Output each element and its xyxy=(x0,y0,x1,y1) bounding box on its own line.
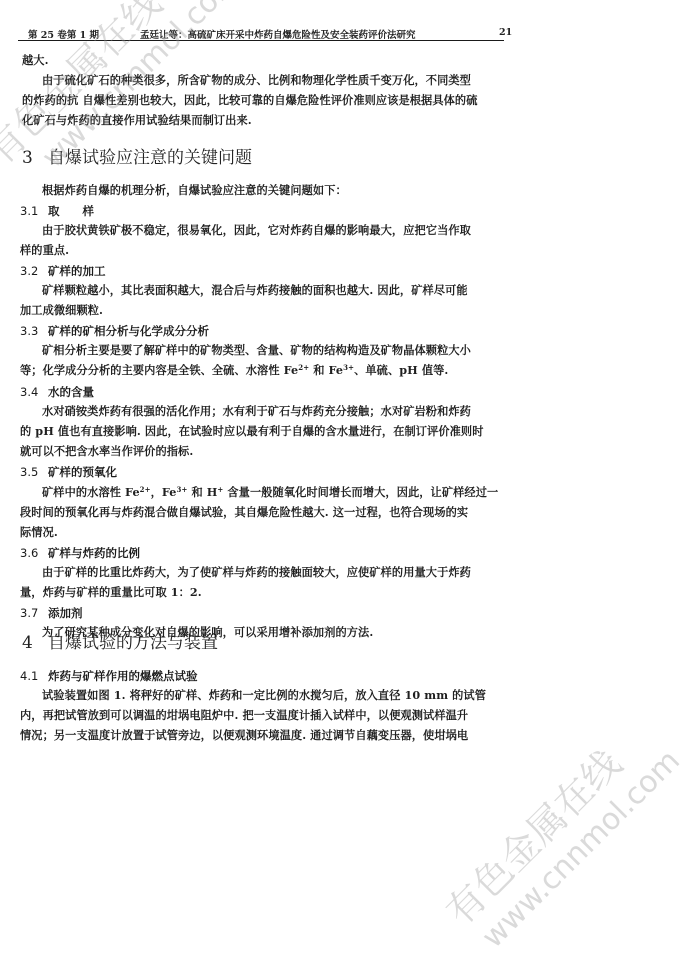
subsection-heading-3-2: 3.2矿样的加工 xyxy=(20,263,106,279)
paragraph-line: 加工成微细颗粒. xyxy=(20,303,103,317)
section-title: 自爆试验应注意的关键问题 xyxy=(48,148,252,168)
paragraph-line: 化矿石与炸药的直接作用试验结果而制订出来. xyxy=(22,113,252,127)
subsection-heading-3-5: 3.5矿样的预氧化 xyxy=(20,464,117,480)
paragraph-line: 矿样中的水溶性 Fe2+，Fe3+ 和 H+ 含量一般随氧化时间增长而增大，因此… xyxy=(42,485,498,499)
header-rule xyxy=(18,40,504,41)
paragraph-line: 段时间的预氧化再与炸药混合做自爆试验，其自爆危险性越大. 这一过程，也符合现场的… xyxy=(20,505,468,519)
subsection-heading-3-6: 3.6矿样与炸药的比例 xyxy=(20,545,140,561)
paragraph-line: 内，再把试管放到可以调温的坩埚电阻炉中. 把一支温度计插入试样中，以便观测试样温… xyxy=(20,708,468,722)
paragraph-line: 际情况. xyxy=(20,525,58,539)
paragraph-line: 水对硝铵类炸药有很强的活化作用；水有利于矿石与炸药充分接触；水对矿岩粉和炸药 xyxy=(42,404,471,418)
paragraph-line: 的炸药的抗 自爆性差别也较大，因此，比较可靠的自爆危险性评价准则应该是根据具体的… xyxy=(22,93,478,107)
journal-volume: 第 25 卷第 1 期 xyxy=(28,27,99,41)
subsection-heading-4-1: 4.1炸药与矿样作用的爆燃点试验 xyxy=(20,668,198,684)
subsection-heading-3-1: 3.1取 样 xyxy=(20,203,94,219)
subsection-heading-3-3: 3.3矿样的矿相分析与化学成分分析 xyxy=(20,323,209,339)
running-header: 第 25 卷第 1 期 孟廷让等：高硫矿床开采中炸药自爆危险性及安全装药评价法研… xyxy=(22,24,506,40)
section-title: 自爆试验的方法与装置 xyxy=(48,633,218,653)
subsection-heading-3-7: 3.7添加剂 xyxy=(20,605,83,621)
paragraph-line: 矿相分析主要是要了解矿样中的矿物类型、含量、矿物的结构构造及矿物晶体颗粒大小 xyxy=(42,343,471,357)
paragraph-line: 由于硫化矿石的种类很多，所含矿物的成分、比例和物理化学性质千变万化，不同类型 xyxy=(42,73,471,87)
paragraph-line: 越大. xyxy=(22,53,49,67)
watermark-text: 有色金属在线 xyxy=(431,735,631,935)
paragraph-line: 样的重点. xyxy=(20,243,69,257)
paragraph-line: 的 pH 值也有直接影响. 因此，在试验时应以最有利于自爆的含水量进行，在制订评… xyxy=(20,424,484,438)
subsection-heading-3-4: 3.4水的含量 xyxy=(20,384,94,400)
paragraph-line: 量，炸药与矿样的重量比可取 1：2. xyxy=(20,585,202,599)
paragraph-line: 矿样颗粒越小，其比表面积越大，混合后与炸药接触的面积也越大. 因此，矿样尽可能 xyxy=(42,283,468,297)
section-heading-3: 3自爆试验应注意的关键问题 xyxy=(22,143,252,168)
paragraph-line: 试验装置如图 1. 将秤好的矿样、炸药和一定比例的水搅匀后，放入直径 10 mm… xyxy=(42,688,486,702)
paragraph-line: 等；化学成分分析的主要内容是全铁、全硫、水溶性 Fe2+ 和 Fe3+、单硫、p… xyxy=(20,363,448,377)
running-title: 孟廷让等：高硫矿床开采中炸药自爆危险性及安全装药评价法研究 xyxy=(140,27,416,41)
paragraph-line: 由于矿样的比重比炸药大，为了使矿样与炸药的接触面较大，应使矿样的用量大于炸药 xyxy=(42,565,471,579)
watermark-url: www.cnnmol.com xyxy=(475,743,680,955)
page-number: 21 xyxy=(499,27,512,38)
section-number: 3 xyxy=(22,148,48,168)
section-heading-4-text: 4自爆试验的方法与装置 xyxy=(22,628,218,653)
paragraph-line: 由于胶状黄铁矿极不稳定，很易氧化，因此，它对炸药自爆的影响最大，应把它当作取 xyxy=(42,223,471,237)
section-number: 4 xyxy=(22,633,48,653)
paper-page: 第 25 卷第 1 期 孟廷让等：高硫矿床开采中炸药自爆危险性及安全装药评价法研… xyxy=(0,0,680,961)
paragraph-line: 就可以不把含水率当作评价的指标. xyxy=(20,444,193,458)
paragraph-line: 情况；另一支温度计放置于试管旁边，以便观测环境温度. 通过调节自藕变压器，使坩埚… xyxy=(20,728,468,742)
paragraph-line: 根据炸药自爆的机理分析，自爆试验应注意的关键问题如下： xyxy=(42,183,347,197)
